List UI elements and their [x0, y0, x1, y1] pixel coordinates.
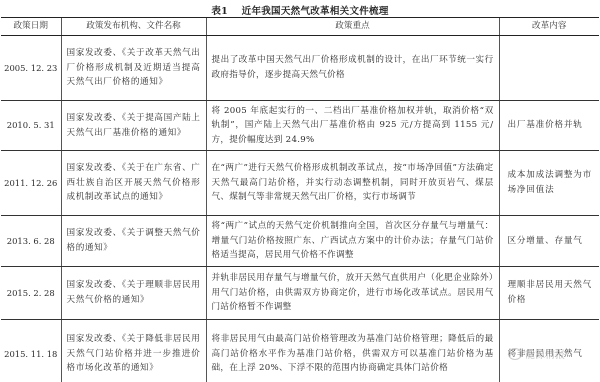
- cell-date: 2013. 6. 28: [1, 216, 61, 267]
- header-row: 政策日期 政策发布机构、文件名称 政策重点 改革内容: [1, 18, 599, 36]
- table-row: 2015. 2. 28 国家发改委、《关于理顺非居民用天然气价格的通知》 并轨非…: [1, 267, 599, 320]
- cell-points: 将非居民用气由最高门站价格管理改为基准门站价格管理；降低后的最高门站价格水平作为…: [206, 320, 499, 382]
- cell-points: 在“两广”进行天然气价格形成机制改革试点，按“市场净回值”方法确定天然气最高门站…: [206, 151, 499, 216]
- cell-date: 2005. 12. 23: [1, 36, 61, 101]
- header-points: 政策重点: [206, 18, 499, 36]
- cell-agency: 国家发改委、《关于降低非居民用天然气门站价格并进一步推进价格市场化改革的通知》: [61, 320, 206, 382]
- table-row: 2005. 12. 23 国家发改委、《关于改革天然气出厂价格形成机制及近期适当…: [1, 36, 599, 101]
- watermark-text: 能源情报: [525, 346, 565, 361]
- cell-date: 2015. 2. 28: [1, 267, 61, 320]
- header-agency: 政策发布机构、文件名称: [61, 18, 206, 36]
- table-caption: 表1 近年我国天然气改革相关文件梳理: [0, 3, 600, 17]
- cell-points: 将 2005 年底起实行的一、二档出厂基准价格加权并轨，取消价格“双轨制”，国产…: [206, 101, 499, 151]
- cell-reform: 区分增量、存量气: [499, 216, 599, 267]
- cell-date: 2010. 5. 31: [1, 101, 61, 151]
- table-title: 近年我国天然气改革相关文件梳理: [242, 6, 389, 17]
- header-reform: 改革内容: [499, 18, 599, 36]
- cell-agency: 国家发改委、《关于理顺非居民用天然气价格的通知》: [61, 267, 206, 320]
- cell-reform: [499, 36, 599, 101]
- cell-points: 并轨非居民用存量气与增量气价，放开天然气直供用户（化肥企业除外）用气门站价格，由…: [206, 267, 499, 320]
- cell-reform: 理顺非居民用天然气价格: [499, 267, 599, 320]
- cell-reform: 出厂基准价格并轨: [499, 101, 599, 151]
- cell-agency: 国家发改委、《关于调整天然气价格的通知》: [61, 216, 206, 267]
- cell-agency: 国家发改委、《关于提高国产陆上天然气出厂基准价格的通知》: [61, 101, 206, 151]
- table-number: 表1: [211, 6, 228, 17]
- table-row: 2011. 12. 26 国家发改委、《关于在广东省、广西壮族自治区开展天然气价…: [1, 151, 599, 216]
- cell-date: 2011. 12. 26: [1, 151, 61, 216]
- wechat-icon: [508, 348, 522, 360]
- cell-reform: 成本加成法调整为市场净回值法: [499, 151, 599, 216]
- cell-date: 2015. 11. 18: [1, 320, 61, 382]
- header-date: 政策日期: [1, 18, 61, 36]
- policy-table: 政策日期 政策发布机构、文件名称 政策重点 改革内容 2005. 12. 23 …: [1, 17, 599, 382]
- cell-agency: 国家发改委、《关于在广东省、广西壮族自治区开展天然气价格形成机制改革试点的通知》: [61, 151, 206, 216]
- cell-agency: 国家发改委、《关于改革天然气出厂价格形成机制及近期适当提高天然气出厂价格的通知》: [61, 36, 206, 101]
- watermark: 能源情报: [508, 346, 565, 361]
- table-row: 2010. 5. 31 国家发改委、《关于提高国产陆上天然气出厂基准价格的通知》…: [1, 101, 599, 151]
- cell-points: 提出了改革中国天然气出厂价格形成机制的设计，在出厂环节统一实行政府指导价，逐步提…: [206, 36, 499, 101]
- table-row: 2013. 6. 28 国家发改委、《关于调整天然气价格的通知》 将“两广”试点…: [1, 216, 599, 267]
- cell-points: 将“两广”试点的天然气定价机制推向全国，首次区分存量气与增量气：增量气门站价格按…: [206, 216, 499, 267]
